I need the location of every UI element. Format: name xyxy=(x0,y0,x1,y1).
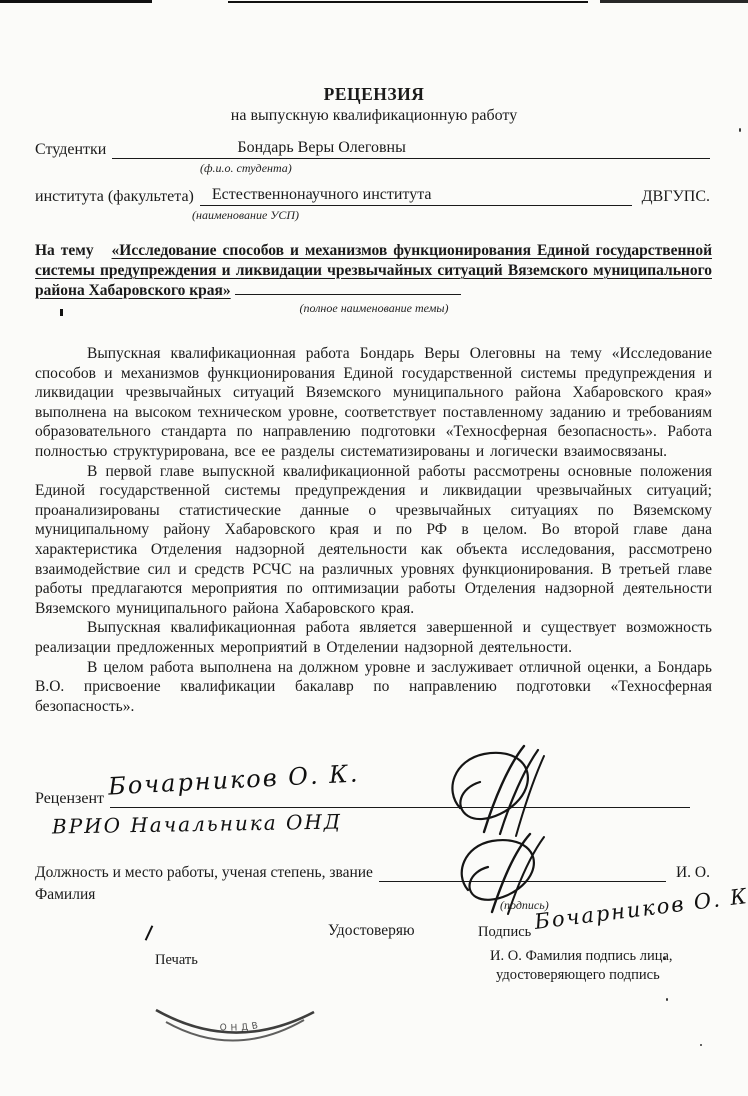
scan-artifact xyxy=(600,0,748,3)
certifier-note-line1: И. О. Фамилия подпись лица, xyxy=(490,947,673,966)
body-paragraph: Выпускная квалификационная работа являет… xyxy=(35,618,712,657)
scanned-review-document: РЕЦЕНЗИЯ на выпускную квалификационную р… xyxy=(0,0,748,1096)
institute-field-row: института (факультета) Естественнонаучно… xyxy=(35,185,710,206)
institute-name-value: Естественнонаучного института xyxy=(212,186,432,203)
scan-speck xyxy=(700,1044,702,1046)
student-field-caption: (ф.и.о. студента) xyxy=(200,161,292,176)
institute-field-label: института (факультета) xyxy=(35,188,194,206)
scan-artifact xyxy=(145,925,154,940)
body-paragraph: В целом работа выполнена на должном уров… xyxy=(35,658,712,717)
certifier-note-line2: удостоверяющего подпись xyxy=(496,966,673,985)
topic-block: На тему «Исследование способов и механиз… xyxy=(35,241,712,300)
position-row: Должность и место работы, ученая степень… xyxy=(35,862,710,882)
student-field-label: Студентки xyxy=(35,141,106,159)
topic-caption: (полное наименование темы) xyxy=(0,301,748,316)
position-label2: Фамилия xyxy=(35,886,95,904)
page-subtitle: на выпускную квалификационную работу xyxy=(0,107,748,125)
certifier-note: И. О. Фамилия подпись лица, удостоверяющ… xyxy=(490,947,673,985)
stamp-label: Печать xyxy=(155,952,198,969)
institute-field-caption: (наименование УСП) xyxy=(192,208,299,223)
scan-artifact xyxy=(0,0,152,3)
university-abbreviation: ДВГУПС. xyxy=(642,188,710,206)
body-paragraph: В первой главе выпускной квалификационно… xyxy=(35,462,712,619)
body-paragraph: Выпускная квалификационная работа Бондар… xyxy=(35,344,712,462)
topic-blank-line xyxy=(235,292,461,295)
position-label: Должность и место работы, ученая степень… xyxy=(35,864,373,882)
certify-sign-label: Подпись xyxy=(478,924,531,941)
stamp-arc: ОНДВ xyxy=(146,1002,322,1060)
student-field-row: Студентки Бондарь Веры Олеговны xyxy=(35,138,710,159)
position-suffix: И. О. xyxy=(676,864,710,882)
review-body: Выпускная квалификационная работа Бондар… xyxy=(35,344,712,716)
scan-speck xyxy=(739,128,741,132)
reviewer-label: Рецензент xyxy=(35,790,104,808)
certify-label: Удостоверяю xyxy=(328,922,415,940)
reviewer-position-handwritten: ВРИО Начальника ОНД xyxy=(52,809,342,838)
scan-artifact xyxy=(228,1,588,3)
topic-label: На тему xyxy=(35,242,94,259)
topic-value: «Исследование способов и механизмов функ… xyxy=(35,242,712,299)
page-title: РЕЦЕНЗИЯ xyxy=(0,84,748,105)
scan-speck xyxy=(666,998,668,1001)
student-name-value: Бондарь Веры Олеговны xyxy=(237,139,405,156)
institute-field-line: Естественнонаучного института xyxy=(200,185,632,206)
student-field-line: Бондарь Веры Олеговны xyxy=(112,138,710,159)
signature-scribble xyxy=(432,744,557,840)
certify-signature-handwritten: Бочарников О. К. xyxy=(533,883,748,934)
